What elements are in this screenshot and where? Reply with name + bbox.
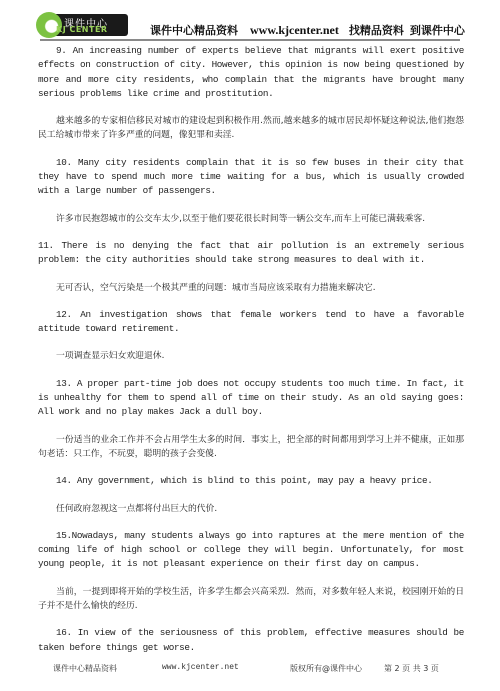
item-15-chinese: 当前，一提到即将开始的学校生活，许多学生都会兴高采烈．然而，对多数年轻人来说，校… [38, 585, 464, 614]
item-10-english: 10. Many city residents complain that it… [38, 156, 464, 199]
item-15-english: 15.Nowadays, many students always go int… [38, 529, 464, 572]
item-11-english: 11. There is no denying the fact that ai… [38, 239, 464, 268]
footer-site-link[interactable]: www.kjcenter.net [162, 663, 239, 672]
document-body: 9. An increasing number of experts belie… [38, 44, 464, 655]
slogan-right-1: 找精品资料 [349, 24, 404, 37]
header-divider [40, 39, 460, 41]
page-header: 课件中心 KJ CENTER 课件中心精品资料www.kjcenter.net找… [0, 0, 500, 40]
header-slogan: 课件中心精品资料www.kjcenter.net找精品资料到课件中心 [150, 22, 465, 38]
footer-label: 课件中心精品资料 [53, 663, 117, 674]
slogan-left: 课件中心精品资料 [150, 24, 238, 37]
logo-english-text: KJ CENTER [56, 25, 108, 34]
item-13-english: 13. A proper part-time job does not occu… [38, 377, 464, 420]
page-footer: 课件中心精品资料 www.kjcenter.net 版权所有@课件中心 第 2 … [0, 660, 500, 680]
header-site-link[interactable]: www.kjcenter.net [250, 23, 339, 37]
item-12-chinese: 一项调查显示妇女欢迎退休. [38, 349, 464, 363]
item-14-chinese: 任何政府忽视这一点都将付出巨大的代价. [38, 502, 464, 516]
item-11-chinese: 无可否认，空气污染是一个极其严重的问题：城市当局应该采取有力措施来解决它. [38, 281, 464, 295]
item-9-chinese: 越来越多的专家相信移民对城市的建设起到积极作用.然而,越来越多的城市居民却怀疑这… [38, 114, 464, 143]
item-13-chinese: 一份适当的业余工作并不会占用学生太多的时间．事实上，把全部的时间都用到学习上并不… [38, 433, 464, 462]
item-12-english: 12. An investigation shows that female w… [38, 308, 464, 337]
page-number: 第 2 页 共 3 页 [384, 663, 439, 674]
slogan-right-2: 到课件中心 [410, 24, 465, 37]
item-16-english: 16. In view of the seriousness of this p… [38, 626, 464, 655]
footer-copyright: 版权所有@课件中心 [290, 663, 362, 674]
item-9-english: 9. An increasing number of experts belie… [38, 44, 464, 101]
kjcenter-logo: 课件中心 KJ CENTER [36, 12, 128, 38]
item-10-chinese: 许多市民抱怨城市的公交车太少,以至于他们要花很长时间等一辆公交车,而车上可能已满… [38, 212, 464, 226]
item-14-english: 14. Any government, which is blind to th… [38, 474, 464, 488]
